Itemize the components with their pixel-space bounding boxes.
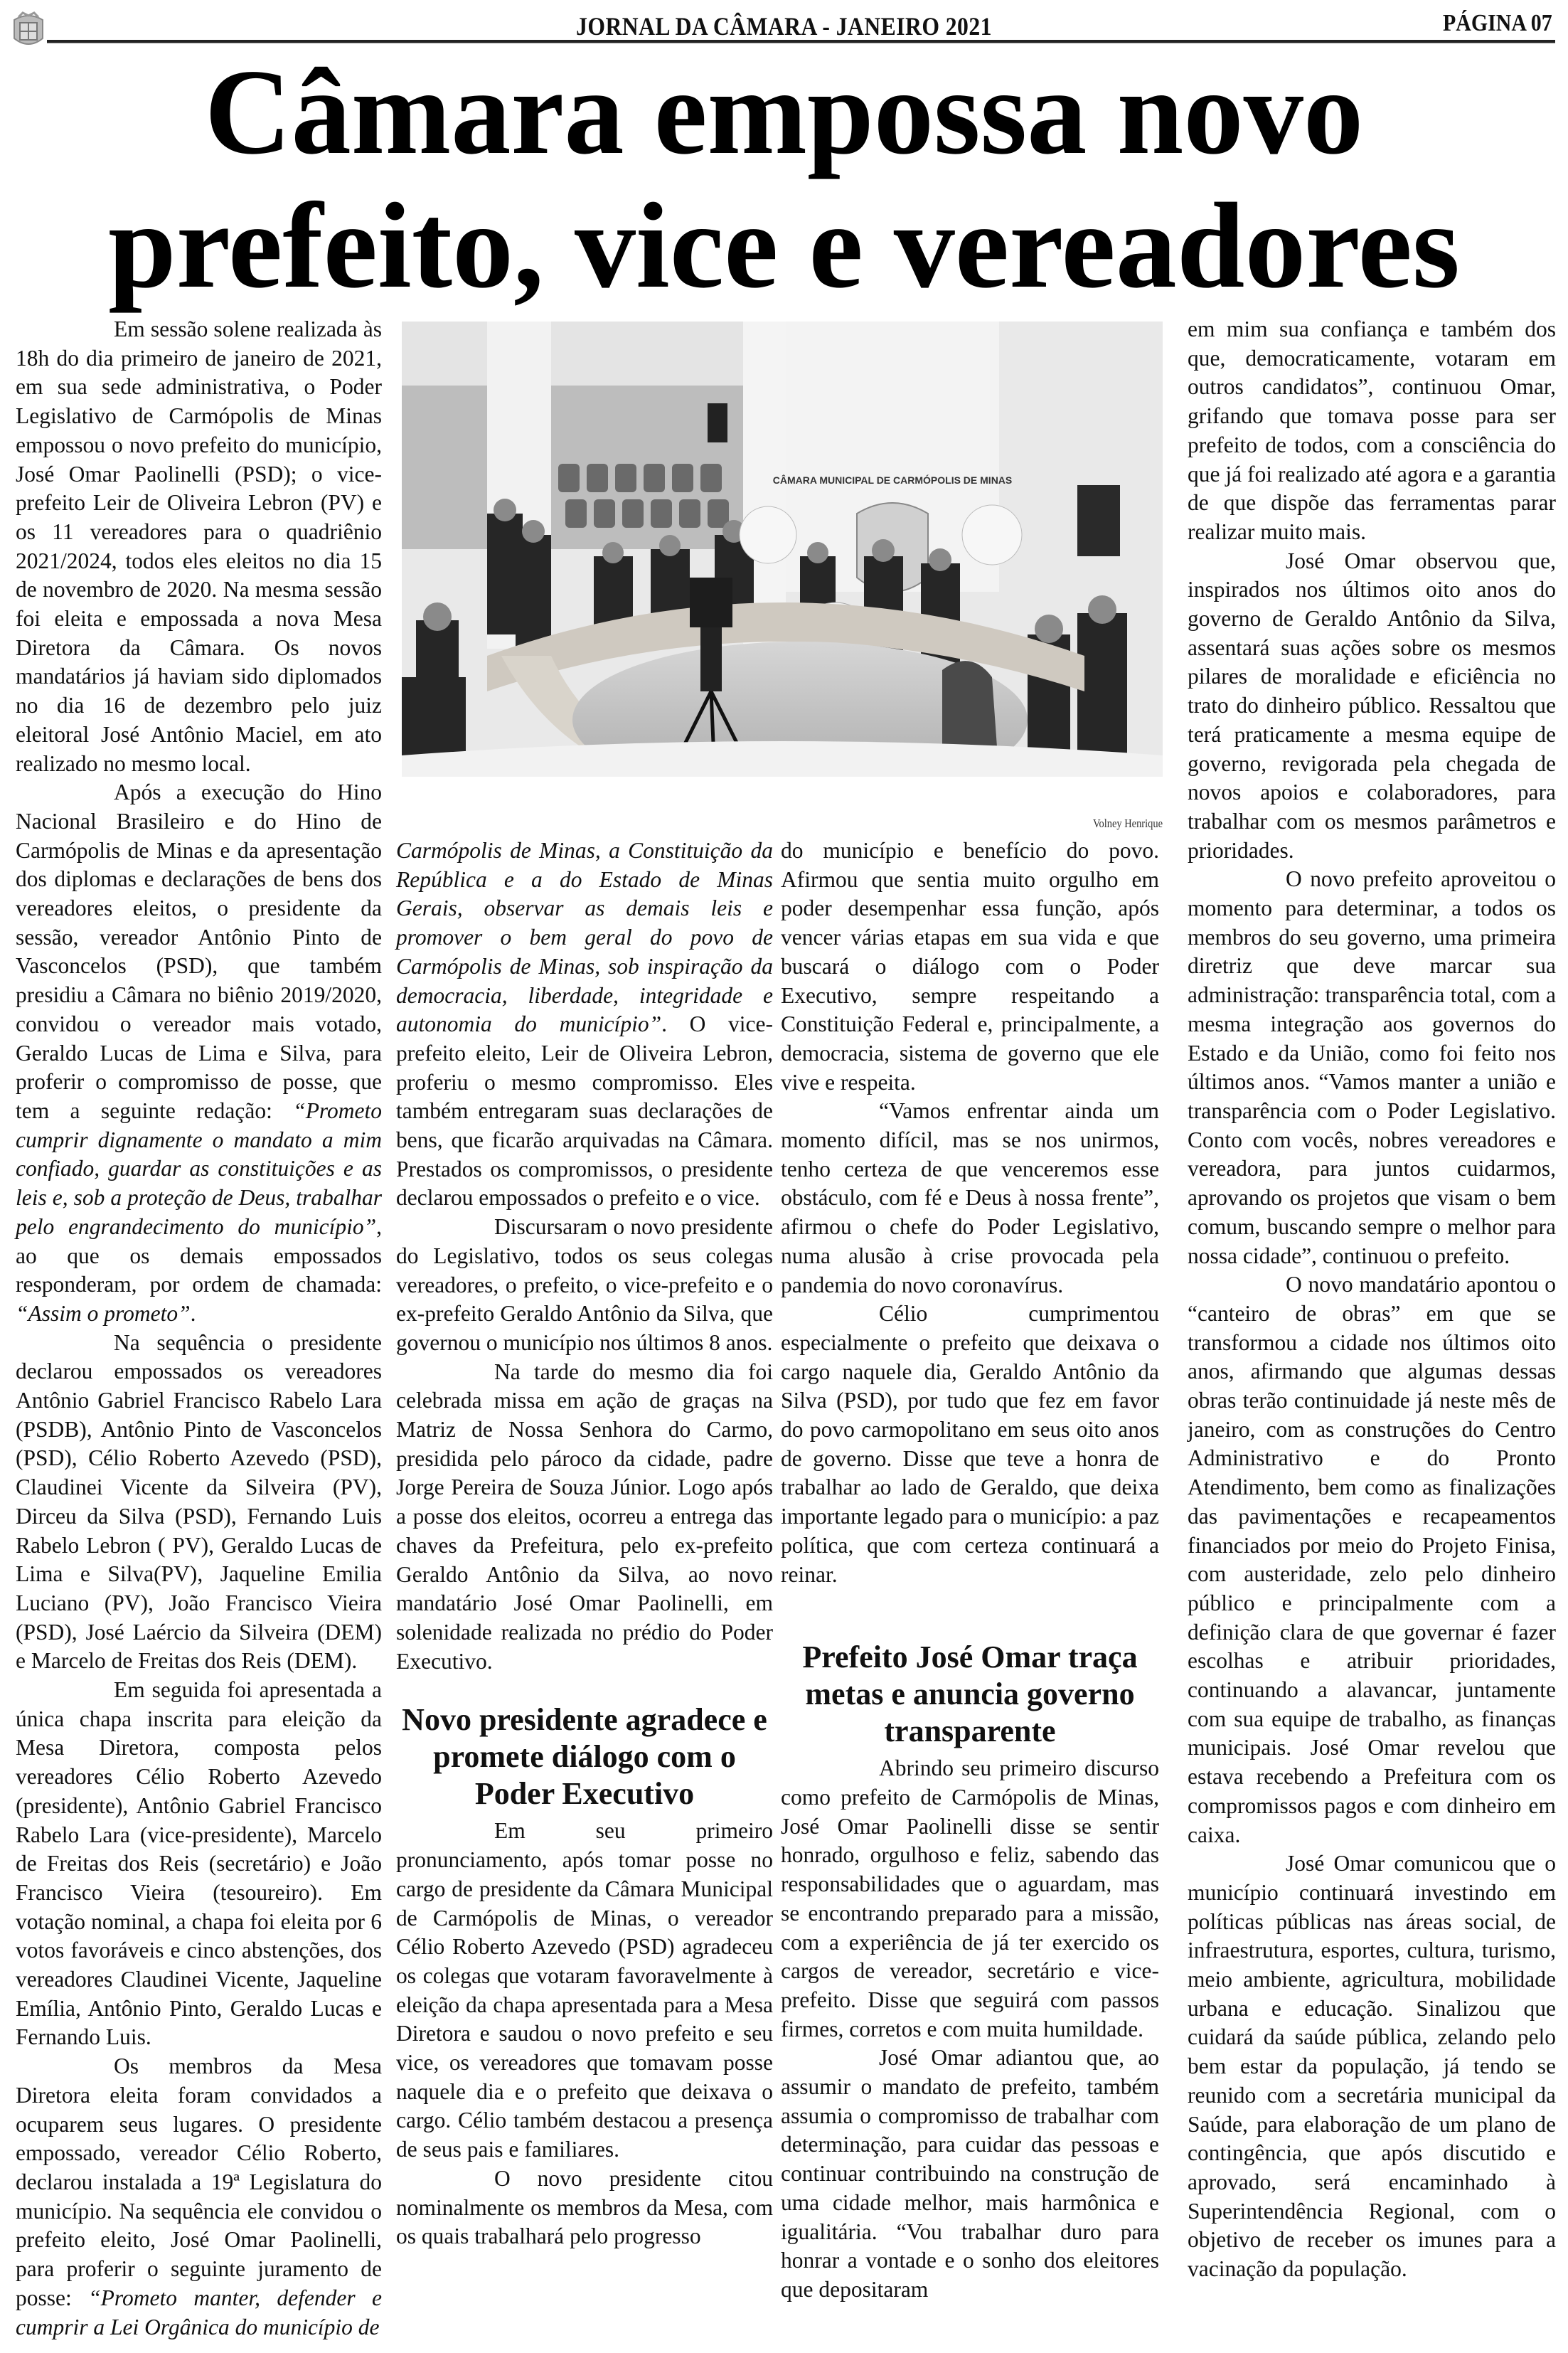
paragraph: Na sequência o presidente declarou empos… [16, 1329, 382, 1676]
wall-sign: CÂMARA MUNICIPAL DE CARMÓPOLIS DE MINAS [773, 474, 1013, 486]
photo-credit: Volney Henrique [1020, 817, 1163, 831]
headline-line-2: prefeito, vice e vereadores [0, 185, 1568, 307]
header-rule [47, 40, 1555, 43]
session-photo: CÂMARA MUNICIPAL DE CARMÓPOLIS DE MINAS [402, 322, 1163, 777]
paragraph: “Vamos enfrentar ainda um momento difíci… [781, 1097, 1159, 1300]
paragraph: Na tarde do mesmo dia foi celebrada miss… [396, 1358, 773, 1677]
paragraph: Discursaram o novo presidente do Legisla… [396, 1213, 773, 1358]
oath-response-quote: “Assim o prometo” [16, 1301, 191, 1326]
paragraph: O novo prefeito aproveitou o momento par… [1188, 865, 1556, 1270]
publication-title: JORNAL DA CÂMARA - JANEIRO 2021 [94, 11, 1473, 41]
article-column-4: em mim sua confiança e também dos que, d… [1188, 315, 1556, 2284]
paragraph: José Omar comunicou que o município cont… [1188, 1849, 1556, 2284]
paragraph: Os membros da Mesa Diretora eleita foram… [16, 2052, 382, 2342]
paragraph: José Omar observou que, inspirados nos ú… [1188, 547, 1556, 866]
paragraph: Carmópolis de Minas, a Constituição da R… [396, 836, 773, 1213]
paragraph: O novo presidente citou nominalmente os … [396, 2165, 773, 2251]
mayor-oath-quote-cont: Carmópolis de Minas, a Constituição da R… [396, 838, 773, 1036]
paragraph: do município e benefício do povo. Afirmo… [781, 836, 1159, 1097]
article-column-3: do município e benefício do povo. Afirmo… [781, 836, 1159, 2305]
subheading-prefeito-jose-omar: Prefeito José Omar traça metas e anuncia… [781, 1639, 1159, 1750]
paragraph: Em seu primeiro pronunciamento, após tom… [396, 1817, 773, 2164]
paragraph: Célio cumprimentou especialmente o prefe… [781, 1300, 1159, 1589]
paragraph: Em sessão solene realizada às 18h do dia… [16, 315, 382, 778]
article-column-1: Em sessão solene realizada às 18h do dia… [16, 315, 382, 2342]
paragraph: Em seguida foi apresentada a única chapa… [16, 1676, 382, 2052]
paragraph: Após a execução do Hino Nacional Brasile… [16, 778, 382, 1328]
paragraph: Abrindo seu primeiro discurso como prefe… [781, 1754, 1159, 2044]
paragraph: em mim sua confiança e também dos que, d… [1188, 315, 1556, 547]
paragraph: O novo mandatário apontou o “canteiro de… [1188, 1270, 1556, 1849]
article-column-2: Carmópolis de Minas, a Constituição da R… [396, 836, 773, 2251]
headline-line-1: Câmara empossa novo [16, 51, 1552, 174]
subheading-novo-presidente: Novo presidente agradece e promete diálo… [396, 1701, 773, 1812]
page-number: PÁGINA 07 [1443, 10, 1552, 37]
paragraph: José Omar adiantou que, ao assumir o man… [781, 2044, 1159, 2304]
masthead: JORNAL DA CÂMARA - JANEIRO 2021 PÁGINA 0… [0, 6, 1568, 41]
